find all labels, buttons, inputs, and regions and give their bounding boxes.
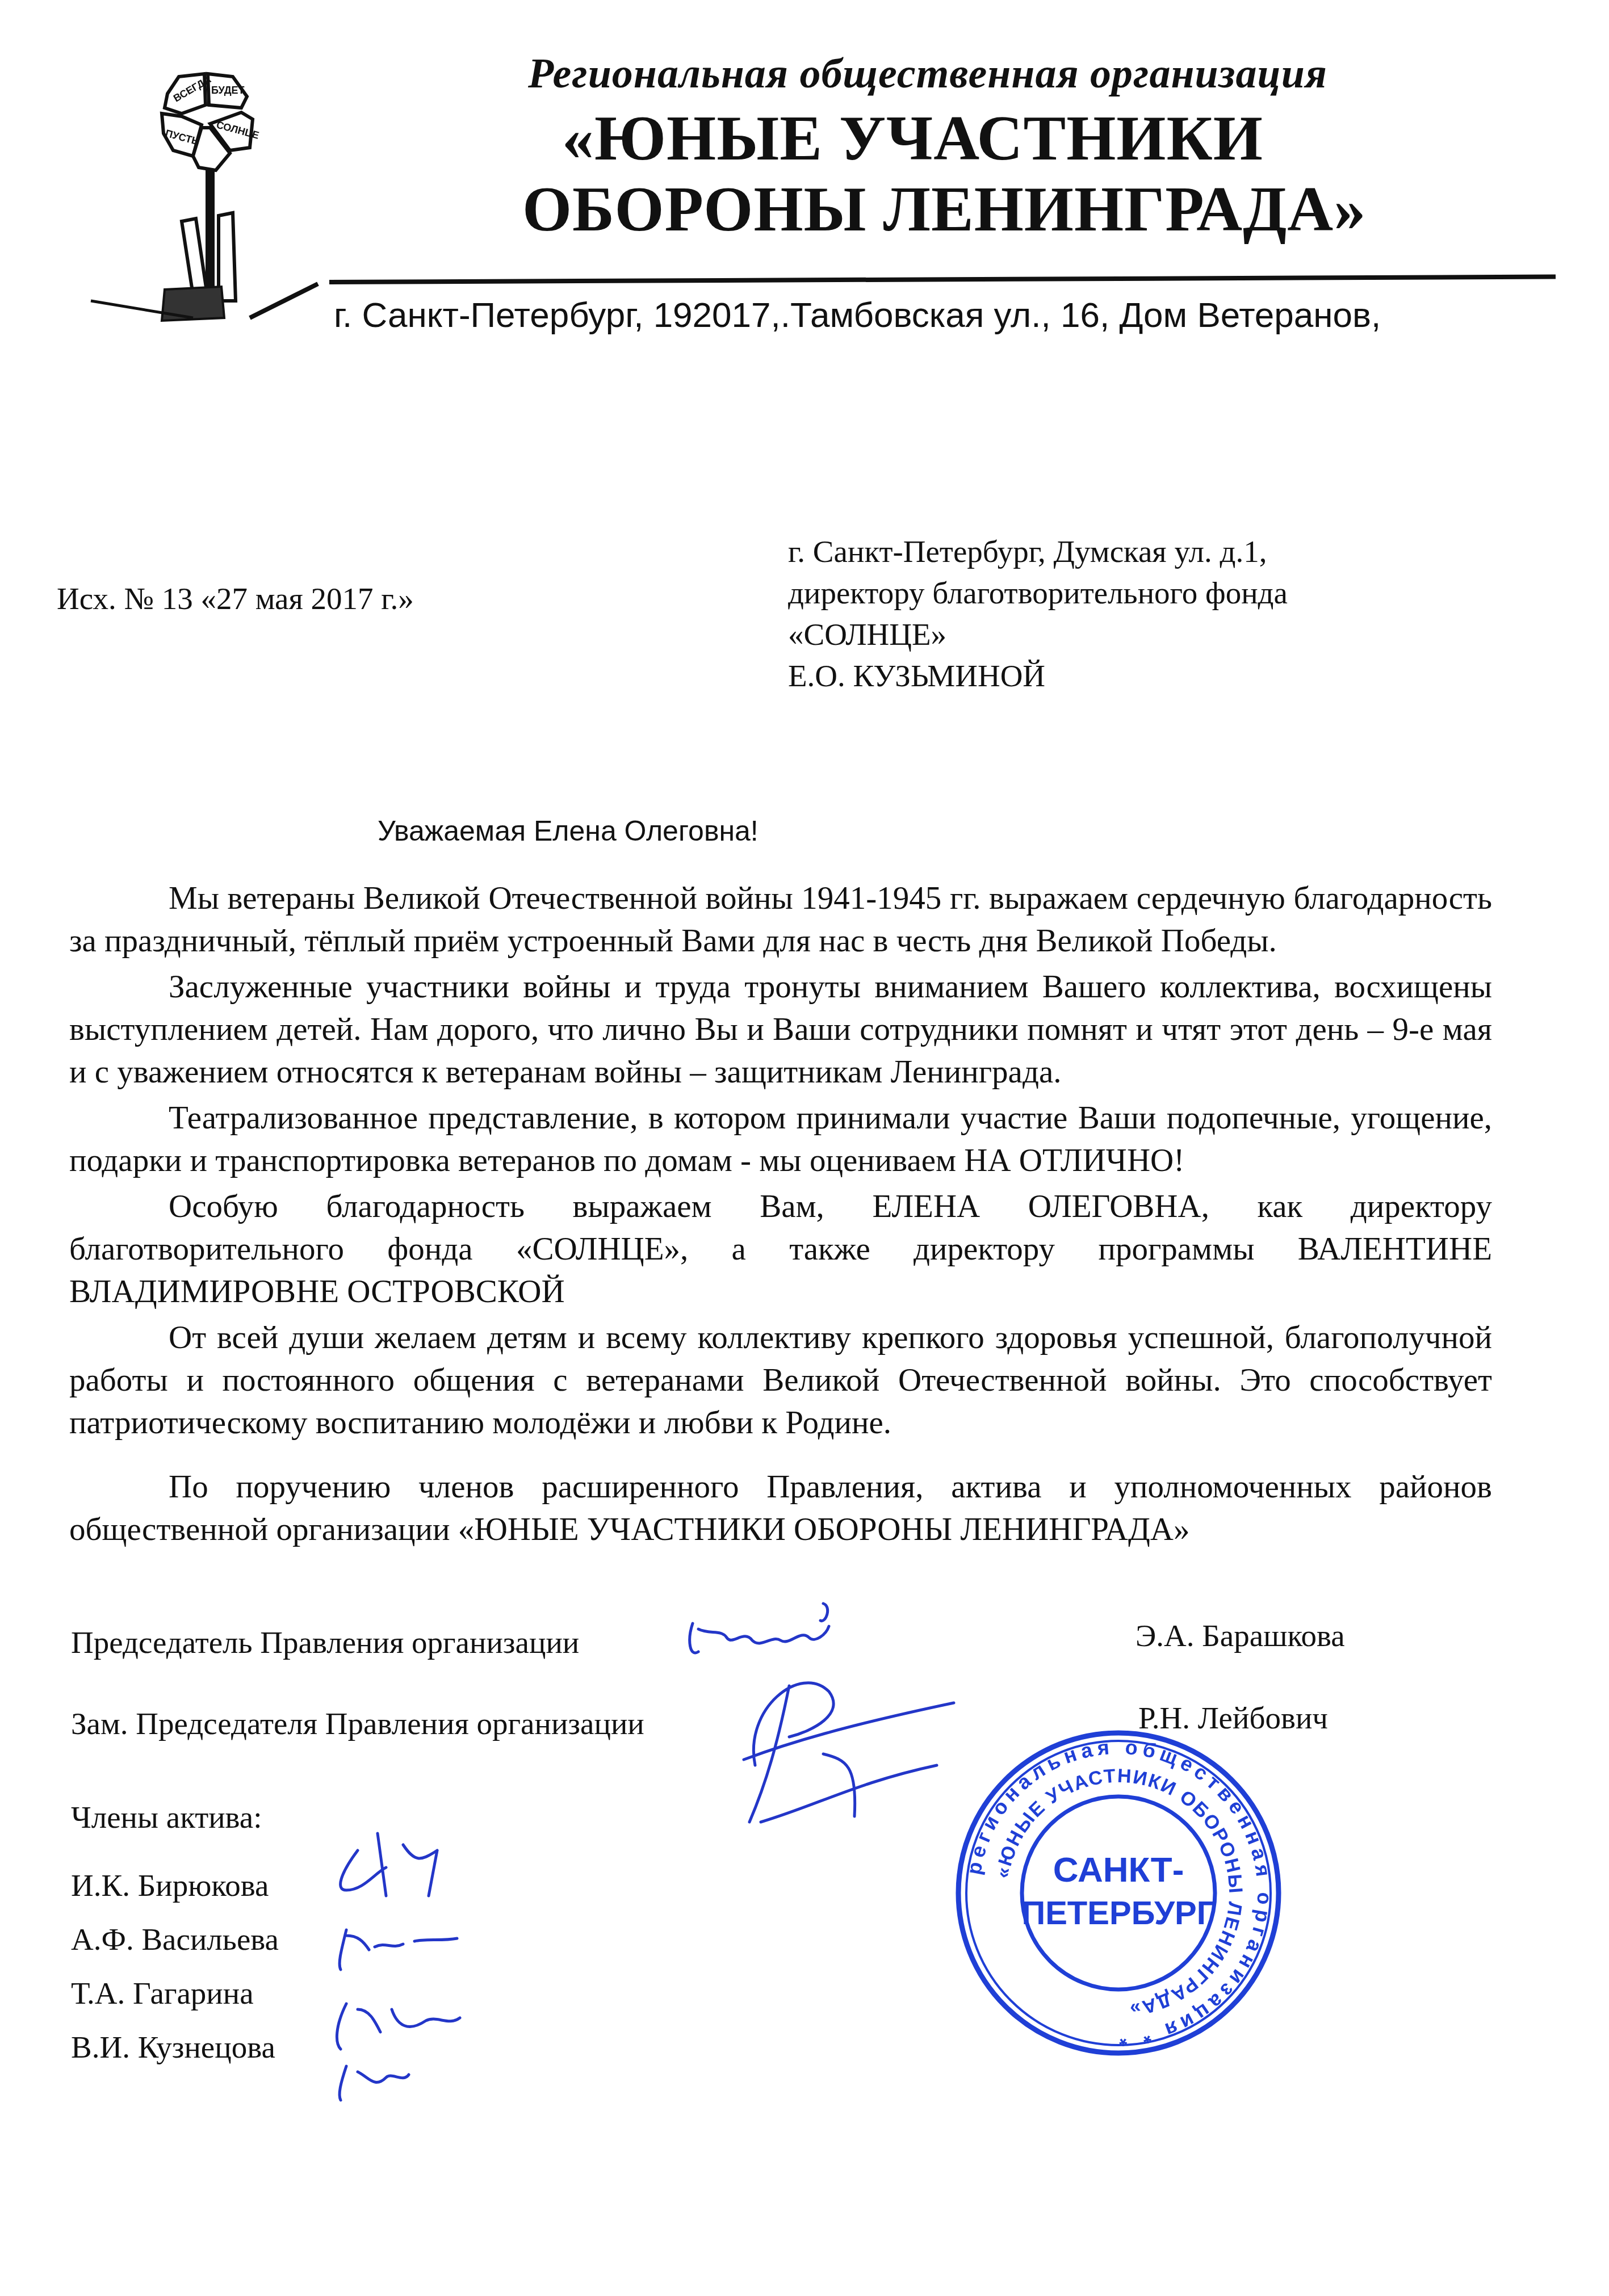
salutation: Уважаемая Елена Олеговна! [378, 815, 759, 847]
member-name: И.К. Бирюкова [71, 1867, 269, 1903]
svg-text:САНКТ-: САНКТ- [1053, 1850, 1184, 1890]
organization-stamp: региональная общественная организация * … [954, 1728, 1283, 2058]
body-paragraph: Мы ветераны Великой Отечественной войны … [69, 877, 1492, 962]
recipient-line: «СОЛНЦЕ» [788, 614, 1288, 655]
body-paragraph: Особую благодарность выражаем Вам, ЕЛЕНА… [69, 1185, 1492, 1313]
org-address: г. Санкт-Петербург, 192017,.Тамбовская у… [334, 295, 1381, 335]
recipient-line: Е.О. КУЗЬМИНОЙ [788, 655, 1288, 696]
recipient-line: г. Санкт-Петербург, Думская ул. д.1, [788, 531, 1288, 572]
svg-text:БУДЕТ: БУДЕТ [211, 85, 245, 96]
member-name: В.И. Кузнецова [71, 2029, 275, 2065]
letter-body: Мы ветераны Великой Отечественной войны … [69, 877, 1492, 1447]
recipient-line: директору благотворительного фонда [788, 572, 1288, 614]
header-divider [329, 275, 1556, 284]
signatory-title-deputy: Зам. Председателя Правления организации [71, 1706, 644, 1741]
body-paragraph: Театрализованное представление, в которо… [69, 1097, 1492, 1182]
members-label: Члены актива: [71, 1799, 262, 1835]
flower-monument-logo-icon: ВСЕГДА БУДЕТ ПУСТЬ СОЛНЦЕ [79, 34, 329, 329]
org-subtitle: Региональная общественная организация [528, 50, 1327, 98]
body-paragraph: Заслуженные участники войны и труда трон… [69, 966, 1492, 1093]
org-title-line2: ОБОРОНЫ ЛЕНИНГРАДА» [522, 173, 1366, 246]
signatory-title-chair: Председатель Правления организации [71, 1625, 579, 1660]
signatory-name-chair: Э.А. Барашкова [1135, 1618, 1345, 1653]
member-name: Т.А. Гагарина [71, 1975, 254, 2011]
org-title-line1: «ЮНЫЕ УЧАСТНИКИ [562, 102, 1263, 175]
svg-text:«ЮНЫЕ УЧАСТНИКИ ОБОРОНЫ ЛЕНИНГ: «ЮНЫЕ УЧАСТНИКИ ОБОРОНЫ ЛЕНИНГРАДА» [992, 1765, 1247, 2021]
closing-text: По поручению членов расширенного Правлен… [69, 1466, 1492, 1551]
member-name: А.Ф. Васильева [71, 1921, 279, 1957]
member-signatures-icon [324, 1828, 505, 2112]
recipient-block: г. Санкт-Петербург, Думская ул. д.1, дир… [788, 531, 1288, 696]
closing-statement: По поручению членов расширенного Правлен… [69, 1466, 1492, 1551]
outgoing-reference: Исх. № 13 «27 мая 2017 г.» [57, 581, 414, 616]
body-paragraph: От всей души желаем детям и всему коллек… [69, 1316, 1492, 1444]
svg-text:ПЕТЕРБУРГ: ПЕТЕРБУРГ [1021, 1895, 1215, 1932]
